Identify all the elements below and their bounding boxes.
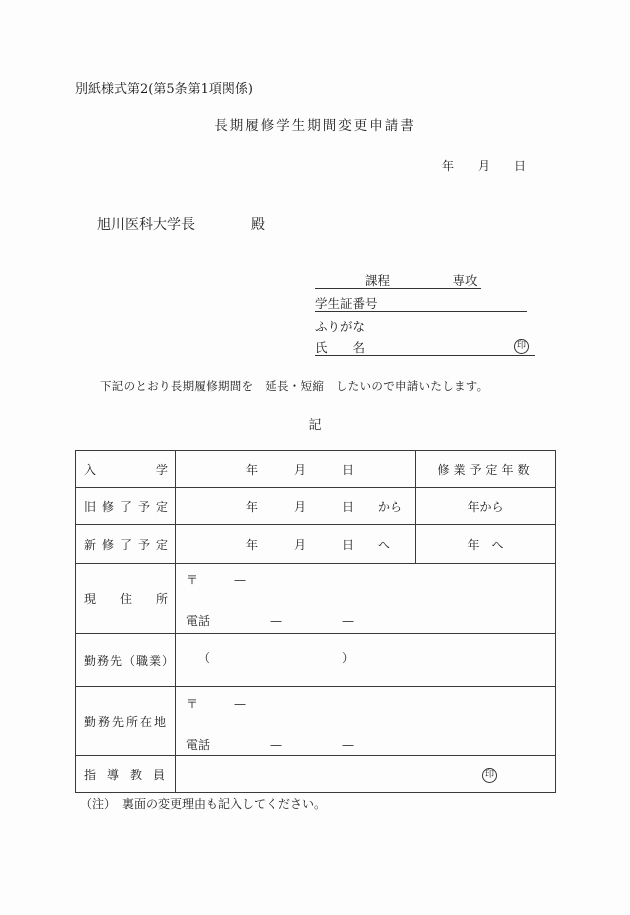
table-row-advisor: 指導教員 印 <box>76 756 556 793</box>
row-label-old-completion: 旧修了予定 <box>76 488 176 525</box>
application-table: 入学 年 月 日 修業予定年数 旧修了予定 年 月 日 から 年から 新修了予定… <box>75 450 556 793</box>
current-address-cell: 〒 — 電話 — — <box>176 564 556 634</box>
row-label-advisor: 指導教員 <box>76 756 176 793</box>
planned-years-header: 修業予定年数 <box>416 451 556 488</box>
form-number: 別紙様式第2(第5条第1項関係) <box>75 78 253 97</box>
course-major-field: 課程 専攻 <box>315 272 481 289</box>
row-label-workplace: 勤務先（職業） <box>76 634 176 687</box>
old-years-cell: 年から <box>416 488 556 525</box>
phone-line: 電話 — — <box>186 738 555 753</box>
row-label-workplace-address: 勤務先所在地 <box>76 687 176 756</box>
seal-icon: 印 <box>482 768 497 783</box>
old-completion-date-cell: 年 月 日 から <box>176 488 416 525</box>
name-field: 氏 名 印 <box>315 339 535 356</box>
advisor-cell: 印 <box>176 756 556 793</box>
list-header: 記 <box>0 414 630 433</box>
table-row-current-address: 現住所 〒 — 電話 — — <box>76 564 556 634</box>
table-row-workplace-address: 勤務先所在地 〒 — 電話 — — <box>76 687 556 756</box>
furigana-label: ふりがな <box>315 318 365 335</box>
postal-code-line: 〒 — <box>186 573 555 588</box>
application-statement: 下記のとおり長期履修期間を 延長・短縮 したいので申請いたします。 <box>100 378 488 394</box>
table-row-workplace: 勤務先（職業） （ ） <box>76 634 556 687</box>
application-form-page: 別紙様式第2(第5条第1項関係) 長期履修学生期間変更申請書 年 月 日 旭川医… <box>0 0 630 915</box>
date-line: 年 月 日 <box>442 157 526 174</box>
page-title: 長期履修学生期間変更申請書 <box>0 114 630 134</box>
postal-code-line: 〒 — <box>186 697 555 712</box>
row-label-admission: 入学 <box>76 451 176 488</box>
seal-icon: 印 <box>514 339 529 354</box>
table-row-old-completion: 旧修了予定 年 月 日 から 年から <box>76 488 556 525</box>
phone-line: 電話 — — <box>186 614 555 629</box>
table-row-new-completion: 新修了予定 年 月 日 へ 年 へ <box>76 525 556 564</box>
new-years-cell: 年 へ <box>416 525 556 564</box>
admission-date-cell: 年 月 日 <box>176 451 416 488</box>
student-id-field: 学生証番号 <box>315 295 527 312</box>
footer-note: （注） 裏面の変更理由も記入してください。 <box>80 795 326 812</box>
new-completion-date-cell: 年 月 日 へ <box>176 525 416 564</box>
row-label-new-completion: 新修了予定 <box>76 525 176 564</box>
addressee-line: 旭川医科大学長 殿 <box>97 214 265 234</box>
workplace-cell: （ ） <box>176 634 556 687</box>
workplace-address-cell: 〒 — 電話 — — <box>176 687 556 756</box>
table-row-admission: 入学 年 月 日 修業予定年数 <box>76 451 556 488</box>
row-label-current-address: 現住所 <box>76 564 176 634</box>
name-label: 氏 名 <box>315 340 365 355</box>
